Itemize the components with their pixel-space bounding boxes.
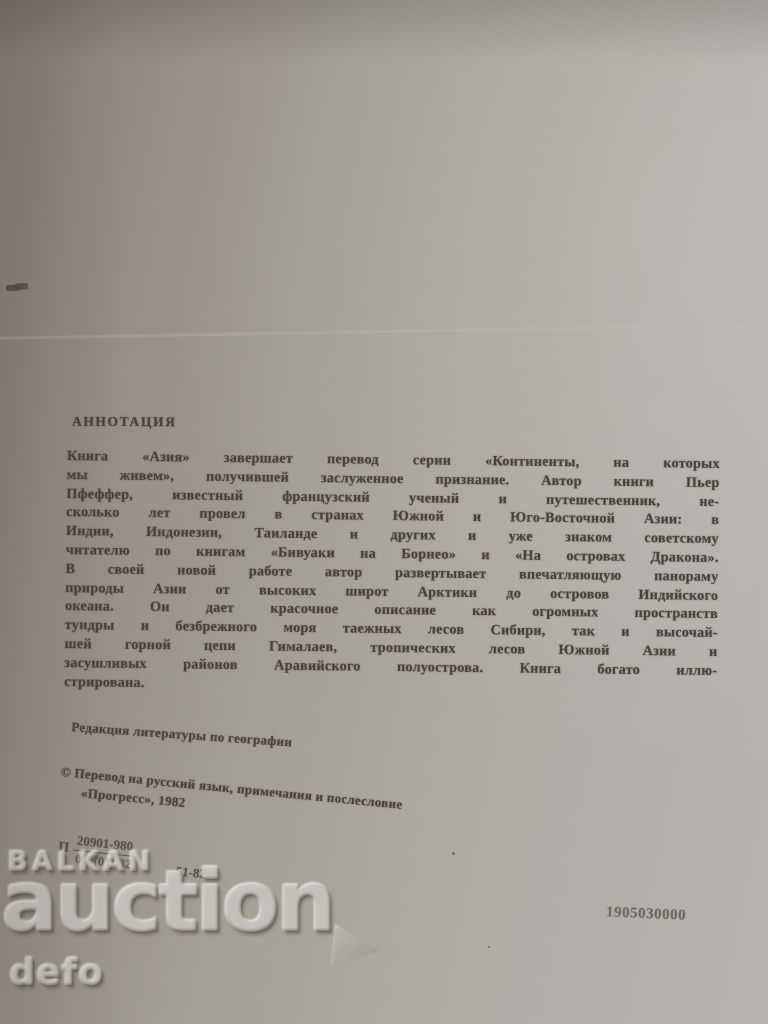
page-fold-line — [0, 323, 768, 339]
watermark-defo: defo — [10, 953, 105, 994]
editorial-note: Редакция литературы по географии — [71, 719, 293, 750]
play-triangle-icon — [330, 924, 381, 973]
dust-speck — [488, 946, 490, 948]
watermark-auction: auction — [2, 860, 334, 944]
book-page-photo: АННОТАЦИЯ Книга «Азия» завершает перевод… — [0, 0, 768, 1024]
annotation-heading: АННОТАЦИЯ — [72, 414, 177, 431]
copyright-note: © Перевод на русский язык, примечания и … — [58, 762, 403, 833]
page-edge-mark — [6, 283, 28, 292]
annotation-paragraph: Книга «Азия» завершает перевод серии «Ко… — [64, 447, 720, 699]
catalog-number: 1905030000 — [606, 904, 687, 924]
dust-speck — [452, 852, 455, 855]
